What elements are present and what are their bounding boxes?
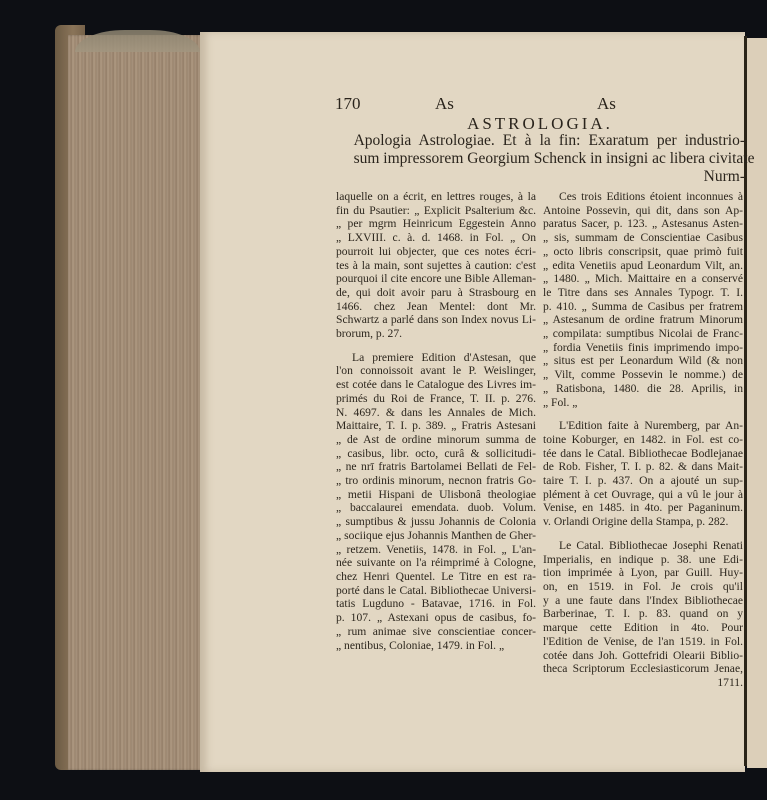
- text-line: cotée dans Joh. Gottefridi Olearii Bibli…: [543, 649, 743, 663]
- text-line: „ ne nrī fratris Bartolamei Bellati de F…: [336, 460, 536, 474]
- right-column: Ces trois Editions étoient inconnues àAn…: [543, 190, 743, 700]
- text-line: „ compilata: sumptibus Nicolai de Franc-: [543, 327, 743, 341]
- text-line: „ fordia Venetiis finis imprimendo impo-: [543, 341, 743, 355]
- text-line: Maittaire, T. I. p. 389. „ Fratris Astes…: [336, 419, 536, 433]
- text-line: p. 410. „ Summa de Casibus per fratrem: [543, 300, 743, 314]
- paragraph: laquelle on a écrit, en lettres rouges, …: [336, 190, 536, 341]
- text-line: taire T. I. p. 437. On a ajouté un sup-: [543, 474, 743, 488]
- text-line: „ LXVIII. c. à. d. 1468. in Fol. „ On: [336, 231, 536, 245]
- text-line: „ Astesanum de ordine fratrum Minorum: [543, 313, 743, 327]
- page-block-edges: [68, 35, 203, 770]
- text-line: marque cette Edition in 4to. Pour: [543, 621, 743, 635]
- intro-line: Nurm-: [335, 168, 745, 186]
- text-line: „ rum animae sive conscientiae concer-: [336, 625, 536, 639]
- text-line: fin du Psautier: „ Explicit Psalterium &…: [336, 204, 536, 218]
- text-line: „ Vilt, comme Possevin le nomme.) de: [543, 368, 743, 382]
- text-line: „ tro ordinis minorum, necnon fratris Go…: [336, 474, 536, 488]
- text-line: tatis Lugduno - Batavae, 1716. in Fol.: [336, 597, 536, 611]
- text-line: „ retzem. Venetiis, 1478. in Fol. „ L'an…: [336, 543, 536, 557]
- text-line: 1466. chez Jean Mentel: dont Mr.: [336, 300, 536, 314]
- text-line: „ situs est per Leonardum Wild (& non: [543, 354, 743, 368]
- book-photo: 170 As As ASTROLOGIA. Apologia Astrologi…: [0, 0, 767, 800]
- text-line: le Titre dans ses Annales Typogr. T. I.: [543, 286, 743, 300]
- text-line: Imperialis, en indique p. 38. une Edi-: [543, 553, 743, 567]
- text-line: „ octo libris conscripsit, quae primò fu…: [543, 245, 743, 259]
- page-number: 170: [335, 94, 361, 114]
- text-line: „ 1480. „ Mich. Maittaire en a conservé: [543, 272, 743, 286]
- text-line: „ metii Hispani de Ulisbonâ theologiae: [336, 488, 536, 502]
- text-line: brorum, p. 27.: [336, 327, 536, 341]
- running-head-right: As: [597, 94, 616, 114]
- text-line: „ sis, summam de Conscientiae Casibus: [543, 231, 743, 245]
- text-line: „ Ratisbona, 1480. die 28. Aprilis, in: [543, 382, 743, 396]
- text-line: laquelle on a écrit, en lettres rouges, …: [336, 190, 536, 204]
- text-line: „ nentibus, Coloniae, 1479. in Fol. „: [336, 639, 536, 653]
- text-line: chez Henri Quentel. Le Titre en est ra-: [336, 570, 536, 584]
- text-line: paratus Sacer, p. 123. „ Astesanus Asten…: [543, 217, 743, 231]
- text-line: theca Scriptorum Ecclesiasticorum Jenae,: [543, 662, 743, 676]
- text-line: „ sociique ejus Johannis Manthen de Gher…: [336, 529, 536, 543]
- text-line: v. Orlandi Origine della Stampa, p. 282.: [543, 515, 743, 529]
- text-line: „ edita Venetiis apud Leonardum Vilt, an…: [543, 259, 743, 273]
- text-line: on, en 1519. in Fol. Je crois qu'il: [543, 580, 743, 594]
- intro-line: Apologia Astrologiae. Et à la fin: Exara…: [335, 132, 745, 150]
- paragraph: Le Catal. Bibliothecae Josephi RenatiImp…: [543, 539, 743, 690]
- text-line: de, qui doit avoir paru à Strasbourg en: [336, 286, 536, 300]
- text-line: p. 107. „ Astexani opus de casibus, fo-: [336, 611, 536, 625]
- text-line: plément à cet Ouvrage, qui a vû le jour …: [543, 488, 743, 502]
- text-line: „ Fol. „: [543, 396, 743, 410]
- text-line: Antoine Possevin, qui dit, dans son Ap-: [543, 204, 743, 218]
- text-line: l'Edition de Venise, de l'an 1519. in Fo…: [543, 635, 743, 649]
- text-line: tes à la main, sont sujettes à caution: …: [336, 259, 536, 273]
- text-line: l'on connoissoit avant le P. Weislinger,: [336, 364, 536, 378]
- page-block-top: [75, 30, 200, 52]
- text-line: „ baccalaurei emendata. duob. Volum.: [336, 501, 536, 515]
- left-column: laquelle on a écrit, en lettres rouges, …: [336, 190, 536, 662]
- text-line: 1711.: [543, 676, 743, 690]
- text-line: N. 4697. & dans les Annales de Mich.: [336, 406, 536, 420]
- text-line: „ de Ast de ordine minorum summa de: [336, 433, 536, 447]
- text-line: née suivante on l'a réimprimé à Cologne,: [336, 556, 536, 570]
- text-line: Ces trois Editions étoient inconnues à: [543, 190, 743, 204]
- paragraph: L'Edition faite à Nuremberg, par An-toin…: [543, 419, 743, 529]
- text-line: „ per mgrm Heinricum Eggestein Anno: [336, 217, 536, 231]
- text-line: porté dans le Catal. Bibliothecae Univer…: [336, 584, 536, 598]
- text-line: Le Catal. Bibliothecae Josephi Renati: [543, 539, 743, 553]
- text-line: toine Koburger, en 1482. in Fol. est co-: [543, 433, 743, 447]
- text-line: pourquoi il cite encore une Bible Allema…: [336, 272, 536, 286]
- text-line: pourroit lui objecter, que ces notes écr…: [336, 245, 536, 259]
- facing-page-edge: [747, 38, 767, 768]
- paragraph: Ces trois Editions étoient inconnues àAn…: [543, 190, 743, 409]
- text-line: Venise, en 1485. in 4to. per Paganinum.: [543, 501, 743, 515]
- section-title: ASTROLOGIA.: [335, 114, 745, 134]
- running-head: 170 As As: [335, 94, 625, 116]
- text-line: est cotée dans le Catalogue des Livres i…: [336, 378, 536, 392]
- text-line: tion imprimée à Lyon, par Guill. Huy-: [543, 566, 743, 580]
- text-line: de Rob. Fisher, T. I. p. 82. & dans Mait…: [543, 460, 743, 474]
- text-line: „ sumptibus & jussu Johannis de Colonia: [336, 515, 536, 529]
- text-line: La premiere Edition d'Astesan, que: [336, 351, 536, 365]
- text-line: Barberinae, T. I. p. 83. quand on y: [543, 607, 743, 621]
- text-line: Schwartz a parlé dans son Index novus Li…: [336, 313, 536, 327]
- text-line: „ casibus, libr. octo, curâ & sollicitud…: [336, 447, 536, 461]
- entry-intro: Apologia Astrologiae. Et à la fin: Exara…: [335, 132, 745, 186]
- running-head-left: As: [435, 94, 454, 114]
- text-line: tée dans le Catal. Bibliothecae Bodlejan…: [543, 447, 743, 461]
- text-line: L'Edition faite à Nuremberg, par An-: [543, 419, 743, 433]
- paragraph: La premiere Edition d'Astesan, quel'on c…: [336, 351, 536, 652]
- intro-line: sum impressorem Georgium Schenck in insi…: [335, 150, 745, 168]
- text-line: primés du Roi de France, T. II. p. 276.: [336, 392, 536, 406]
- text-line: y a une faute dans l'Index Bibliothecae: [543, 594, 743, 608]
